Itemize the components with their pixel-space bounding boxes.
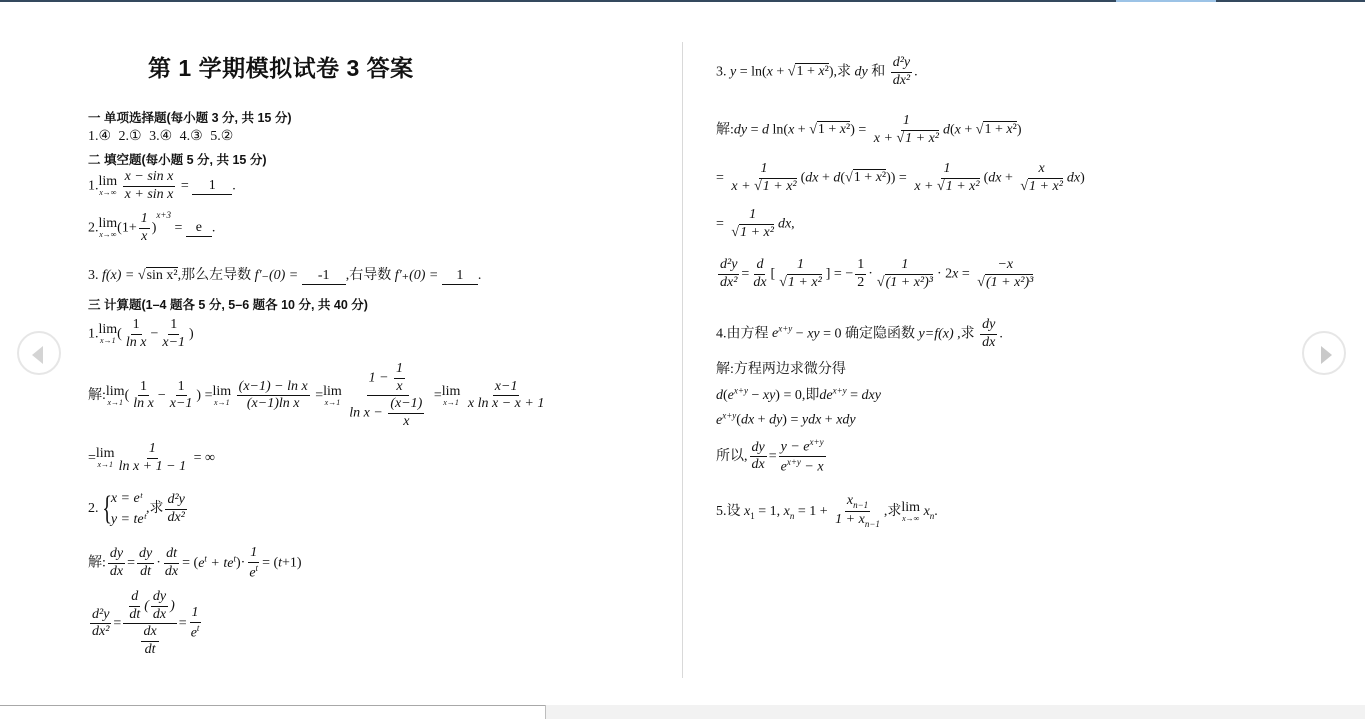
previous-page-button[interactable] [17,331,61,375]
calc-solution-1-step2: =limx→11ln x + 1 − 1 = ∞ = lim_{x→1} 1/(… [88,442,215,474]
calc-problem-5: 5.设 x1 = 1, xn = 1 + xn−11 + xn−1,求limx→… [716,494,938,529]
calc-problem-3: 3. y = ln(x + √1 + x²),求 dy 和 d²ydx². 3.… [716,56,918,88]
fill-question-1: 1.limx→∞ x − sin xx + sin x = 1. [88,170,236,202]
calc-solution-4-step3: 所以,dydx=y − ex+yex+y − x dy/dx = (y − e^… [716,438,828,476]
calc-solution-4-step1: d(ex+y − xy) = 0,即dex+y = dxy d(e^(x+y) … [716,384,881,404]
section1-answers: 1.④ 2.① 3.④ 4.③ 5.② [88,128,233,145]
chevron-left-icon [32,346,43,364]
calc-solution-3-step4: d²ydx²=ddx[1√1 + x²] = −12·1√(1 + x²)³· … [716,258,1037,290]
calc-problem-2: 2.{x = eᵗy = teᵗ,求d²ydx² d²y/dx² [88,488,189,530]
fill-question-2: 2.limx→∞(1+1x)x+3 = e. [88,212,215,244]
chevron-right-icon [1321,346,1332,364]
fill-answer-3-left: -1 [302,268,346,285]
calc-solution-4-step2: ex+y(dx + dy) = ydx + xdy e^(x+y)(dx + d… [716,410,856,429]
section2-heading: 二 填空题(每小题 5 分, 共 15 分) [88,150,267,168]
calc-solution-2-step1: 解:dydx=dydt·dtdx= (et + tet)·1et= (t+1) … [88,546,302,581]
section3-heading: 三 计算题(1–4 题各 5 分, 5–6 题各 10 分, 共 40 分) [88,295,368,313]
calc-solution-3-step3: = 1√1 + x²dx, = 1/√(1+x²) dx, [716,208,795,240]
column-divider [682,42,683,678]
fill-question-3: 3. f(x) = √sin x²,那么左导数 f′₋(0) = -1,右导数 … [88,264,481,285]
fill-answer-1: 1 [192,178,232,195]
next-page-button[interactable] [1302,331,1346,375]
calc-problem-1: 1.limx→1(1ln x−1x−1) 1.lim_{x→1}(1/ln x … [88,318,194,350]
fill-answer-2: e [186,220,212,237]
calc-solution-2-step2: d²ydx²=ddt(dydx)dxdt=1et d²y/dx² = [d/dt… [88,590,203,658]
calc-problem-4: 4.由方程 ex+y − xy = 0 确定隐函数 y=f(x) ,求 dydx… [716,318,1003,350]
bottom-toolbar-left [0,705,545,719]
calc-solution-4-label: 解:方程两边求微分得 [716,358,846,378]
bottom-toolbar-right [545,705,1365,719]
fill-answer-3-right: 1 [442,268,478,285]
page-title: 第 1 学期模拟试卷 3 答案 [148,50,414,83]
section1-heading: 一 单项选择题(每小题 3 分, 共 15 分) [88,108,292,126]
document-page: 第 1 学期模拟试卷 3 答案 一 单项选择题(每小题 3 分, 共 15 分)… [0,0,1365,705]
calc-solution-3-step1: 解:dy = d ln(x + √1 + x²) = 1x + √1 + x²d… [716,114,1021,146]
calc-solution-3-step2: = 1x + √1 + x²(dx + d(√1 + x²)) = 1x + √… [716,162,1085,194]
calc-solution-1-step1: 解:limx→1(1ln x−1x−1) =limx→1 (x−1) − ln … [88,362,548,430]
